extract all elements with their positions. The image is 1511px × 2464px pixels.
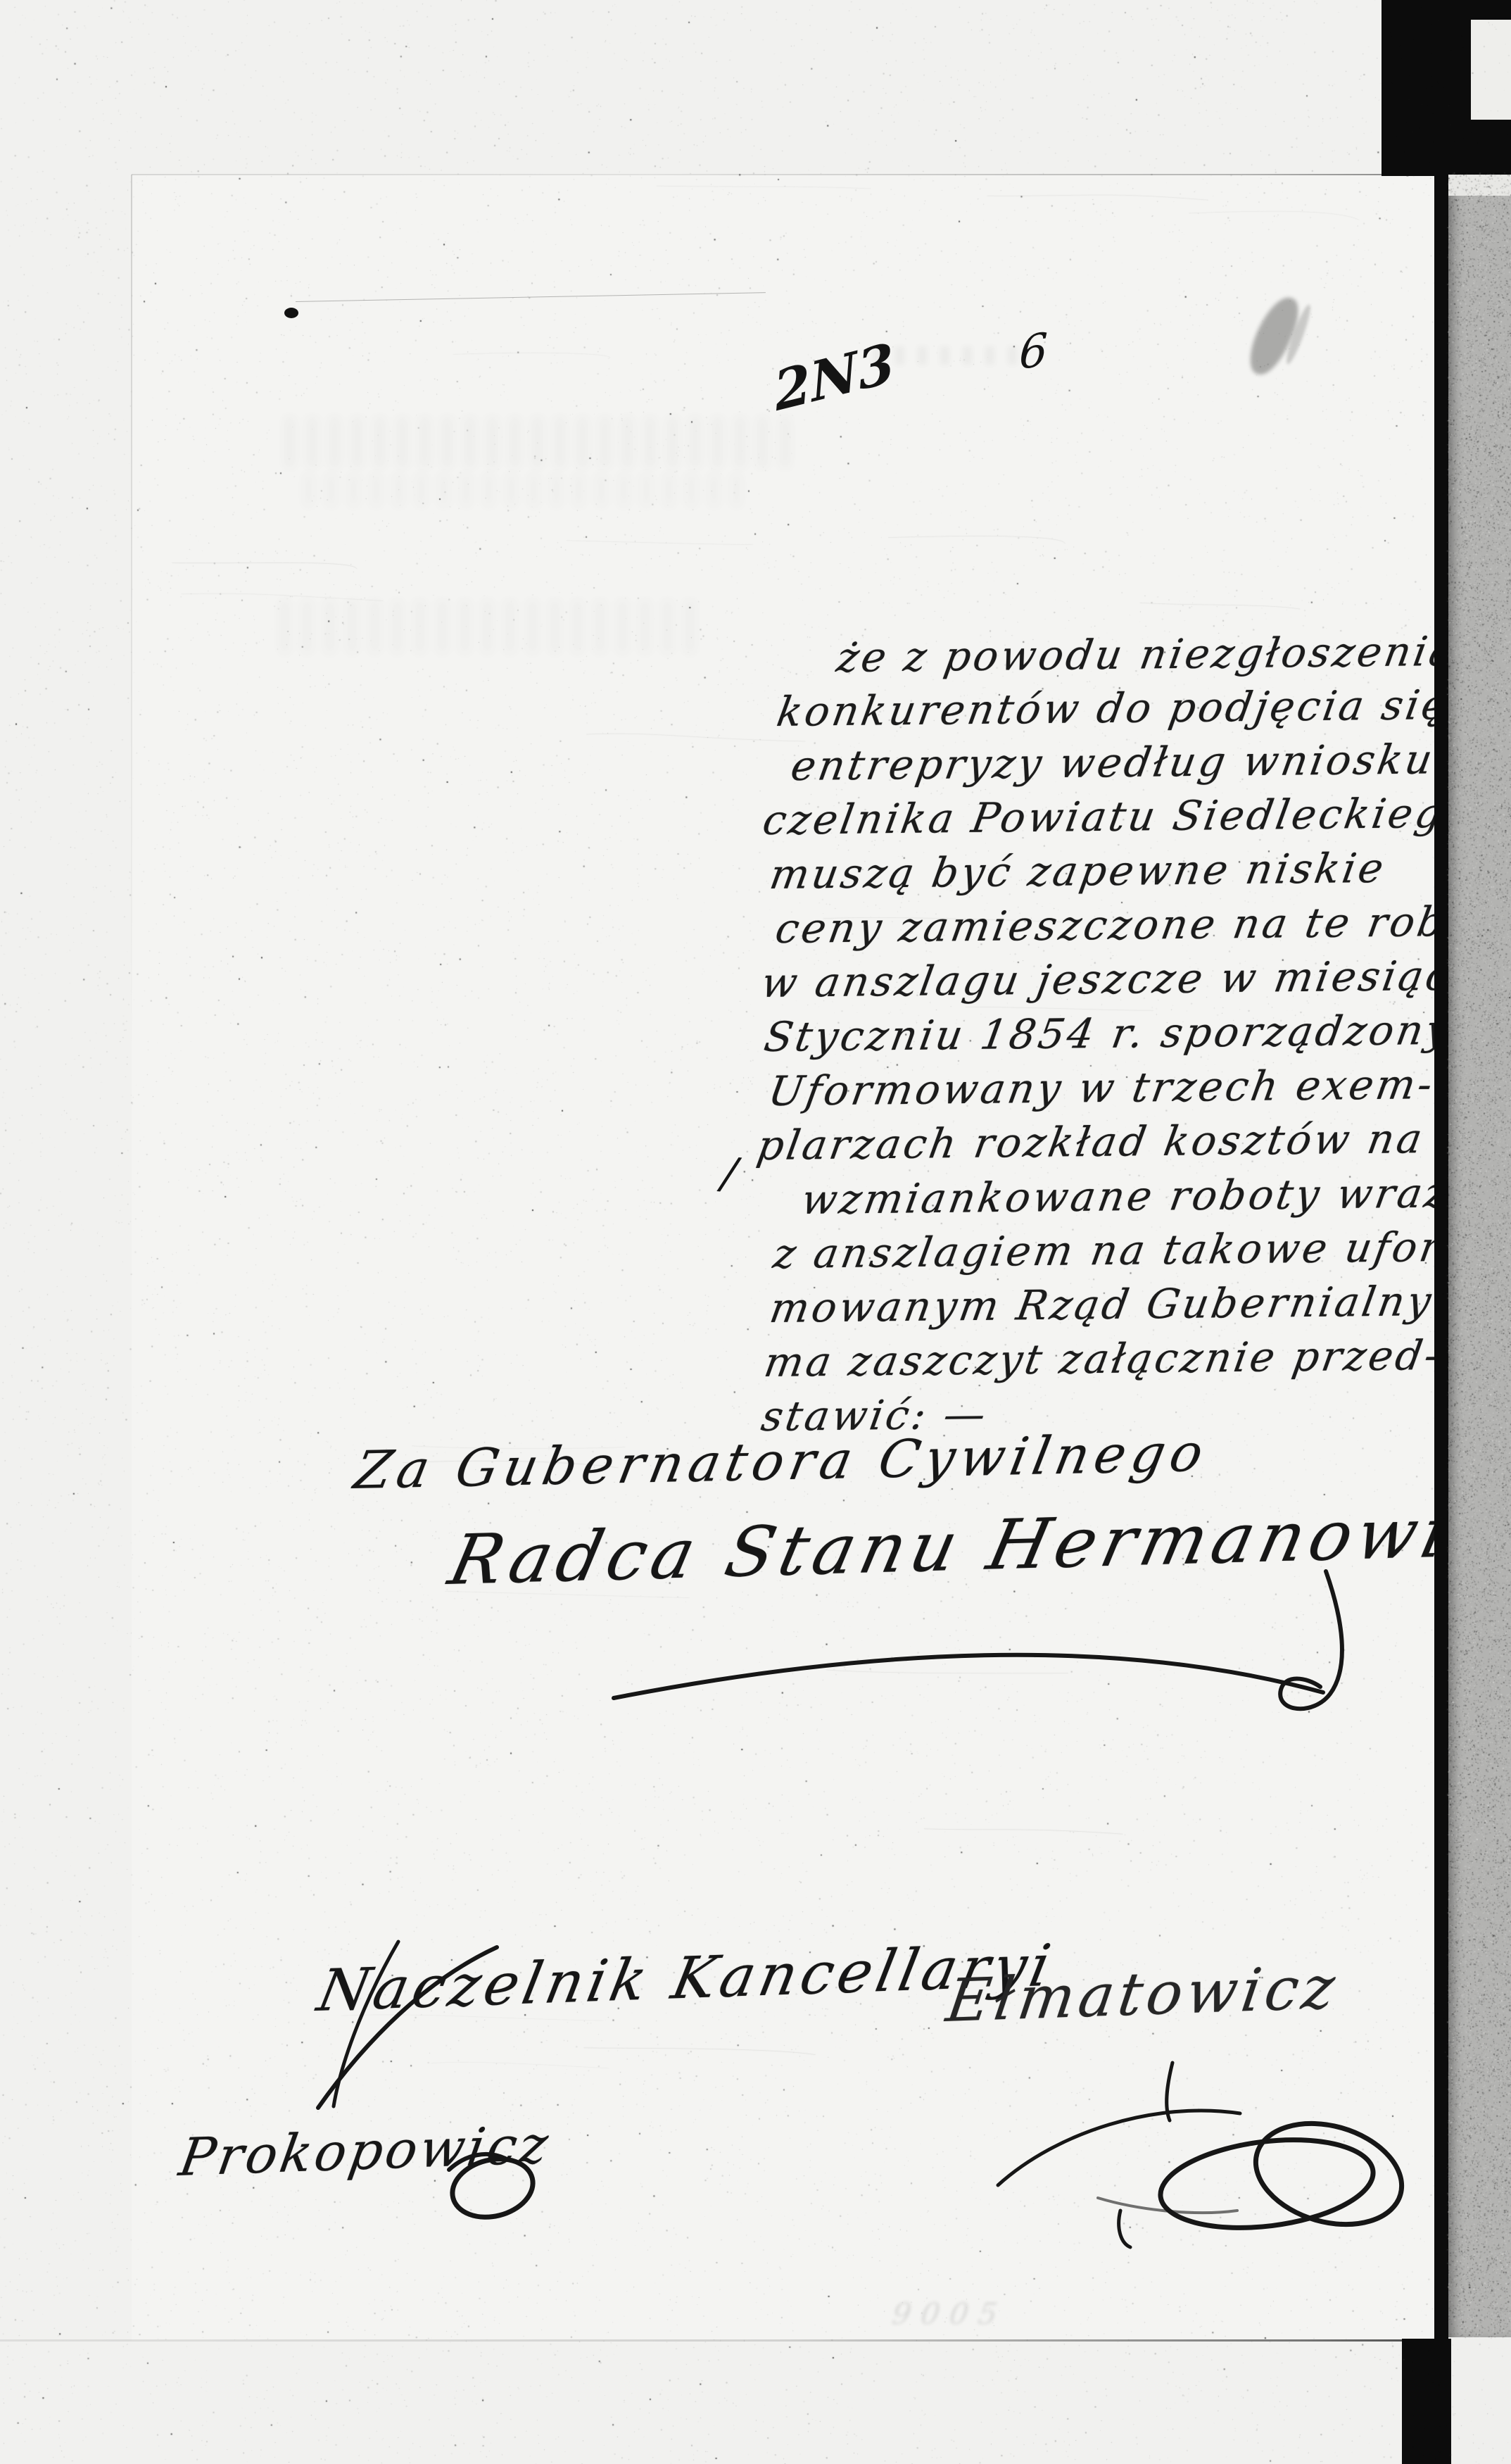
book-gutter-line (1434, 172, 1448, 2344)
manuscript-line: Uformowany w trzech exem- (766, 1064, 1438, 1112)
bottom-fold-crease (0, 2339, 1416, 2342)
manuscript-line: że z powodu niezgłoszenia się (834, 630, 1511, 678)
bleedthrough-band (285, 417, 802, 467)
chancellery-signature: Ełmatowicz (943, 1958, 1343, 2030)
ink-blot (284, 308, 298, 318)
gutter-shadow-band (1450, 120, 1511, 175)
clerk-signature: Prokopowicz (176, 2119, 555, 2184)
manuscript-line: entrepryzy według wniosku Na- (788, 738, 1511, 786)
manuscript-line: mowanym Rząd Gubernialny (767, 1281, 1436, 1328)
ghost-stamp-number: 9005 (890, 2296, 1010, 2331)
manuscript-line: wzmiankowane roboty wraz (799, 1172, 1453, 1220)
bottom-right-paper (1451, 2337, 1511, 2464)
manuscript-line: muszą być zapewne niskie (767, 848, 1389, 895)
sheet-top-edge-crease (132, 174, 1434, 175)
manuscript-line: ma zaszczyt załącznie przed- (761, 1335, 1445, 1383)
page-edge-sliver (1471, 20, 1511, 120)
bleedthrough-band (304, 473, 754, 507)
gutter-shadow-bottom (1402, 2339, 1453, 2464)
manuscript-line: ceny zamieszczone na te roboty (773, 900, 1511, 949)
bleedthrough-smudge (873, 346, 1028, 365)
corner-mark: 6 (1018, 327, 1049, 377)
sheet-left-edge-crease (131, 175, 132, 1055)
manuscript-line: z anszlagiem na takowe ufor- (771, 1226, 1462, 1274)
manuscript-line: konkurentów do podjęcia się téj (774, 684, 1511, 732)
page-edge-sliver (1448, 175, 1511, 196)
manuscript-line: w anszlagu jeszcze w miesiącu (759, 955, 1484, 1003)
manuscript-line: czelnika Powiatu Siedleckiego (760, 792, 1475, 841)
document-scan: 2N3 6 / 9005 że z powodu niezgłoszenia s… (0, 0, 1511, 2464)
gutter-shadow-corner (1469, 0, 1511, 21)
manuscript-line: Styczniu 1854 r. sporządzonym (761, 1009, 1497, 1057)
manuscript-line: plarzach rozkład kosztów na (754, 1118, 1428, 1166)
page-block-edge (1447, 172, 1511, 2337)
bleedthrough-band (280, 600, 702, 653)
